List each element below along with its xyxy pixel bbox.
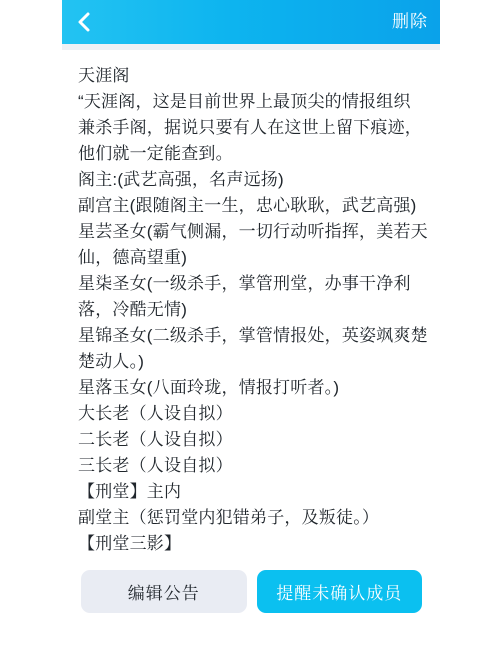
announcement-line: 兼杀手阁，据说只要有人在这世上留下痕迹， (78, 115, 424, 141)
announcement-line: 星柒圣女(一级杀手，掌管刑堂，办事干净利 (78, 271, 424, 297)
chevron-left-icon (75, 11, 95, 33)
announcement-line: 仙，德高望重) (78, 245, 424, 271)
delete-button[interactable]: 删除 (392, 0, 428, 44)
announcement-line: 【刑堂三影】 (78, 531, 424, 557)
announcement-line: 星芸圣女(霸气侧漏，一切行动听指挥，美若天 (78, 219, 424, 245)
announcement-title: 天涯阁 (78, 63, 424, 89)
announcement-line: 阁主:(武艺高强，名声远扬) (78, 167, 424, 193)
announcement-line: 三长老（人设自拟） (78, 453, 424, 479)
announcement-page: 删除 天涯阁 “天涯阁，这是目前世界上最顶尖的情报组织 兼杀手阁，据说只要有人在… (62, 0, 440, 613)
announcement-line: 星落玉女(八面玲珑，情报打听者。) (78, 375, 424, 401)
announcement-line: 落，冷酷无情) (78, 297, 424, 323)
action-button-row: 编辑公告 提醒未确认成员 (81, 570, 422, 613)
edit-announcement-button[interactable]: 编辑公告 (81, 570, 247, 613)
announcement-line: 副堂主（惩罚堂内犯错弟子，及叛徒。） (78, 505, 424, 531)
announcement-line: 副宫主(跟随阁主一生，忠心耿耿，武艺高强) (78, 193, 424, 219)
announcement-line: 星锦圣女(二级杀手，掌管情报处，英姿飒爽楚 (78, 323, 424, 349)
header-bar: 删除 (62, 0, 440, 44)
announcement-line: 大长老（人设自拟） (78, 401, 424, 427)
announcement-line: 【刑堂】主内 (78, 479, 424, 505)
announcement-body: 天涯阁 “天涯阁，这是目前世界上最顶尖的情报组织 兼杀手阁，据说只要有人在这世上… (62, 50, 440, 557)
announcement-line: “天涯阁，这是目前世界上最顶尖的情报组织 (78, 89, 424, 115)
announcement-line: 他们就一定能查到。 (78, 141, 424, 167)
remind-unconfirmed-button[interactable]: 提醒未确认成员 (257, 570, 423, 613)
back-button[interactable] (75, 8, 103, 36)
announcement-line: 楚动人。) (78, 349, 424, 375)
announcement-line: 二长老（人设自拟） (78, 427, 424, 453)
